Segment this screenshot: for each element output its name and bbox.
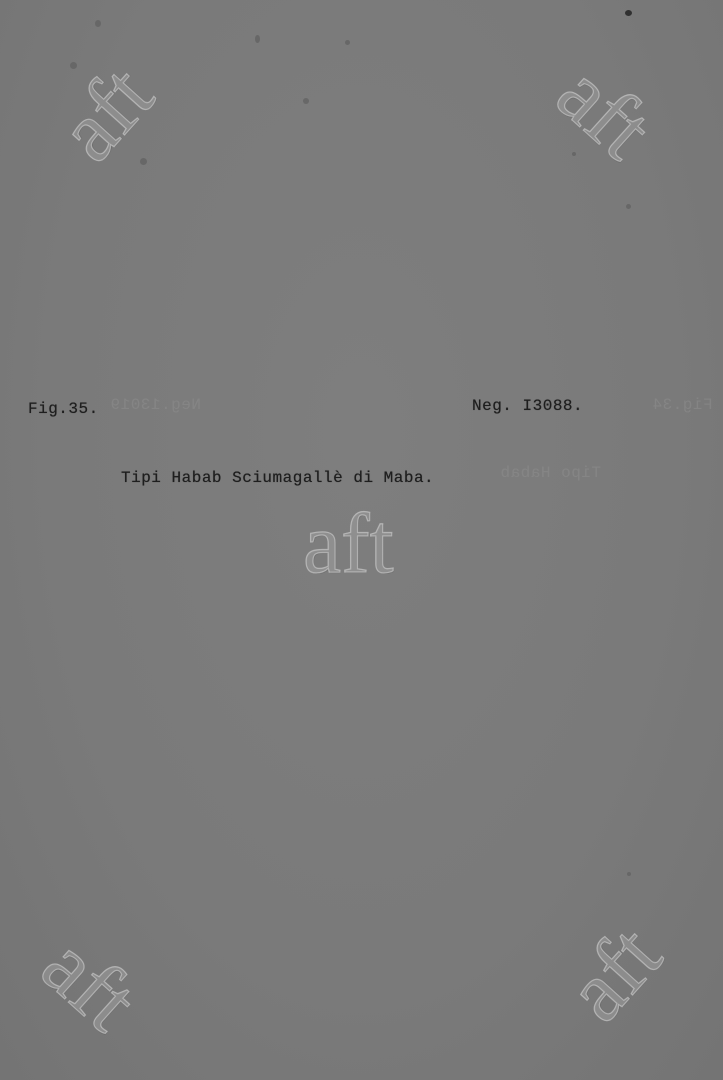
bleed-through-fig: Fig.34 [652,396,713,414]
dust-speck [345,40,350,45]
negative-number: Neg. I3088. [472,397,583,415]
bleed-through-neg: Neg.13019 [110,396,201,414]
watermark-top-right: aft [543,49,668,174]
dust-speck [626,204,631,209]
dust-speck [140,158,147,165]
watermark-bottom-right: aft [551,911,676,1036]
dust-speck [572,152,576,156]
dust-speck [70,62,77,69]
dust-speck [255,35,260,43]
watermark-bottom-left: aft [28,921,153,1046]
dust-speck [625,10,632,16]
dust-speck [627,872,631,876]
dust-speck [95,20,101,27]
bleed-through-caption: Tipo Habab [500,464,601,482]
caption: Tipi Habab Sciumagallè di Maba. [121,469,434,487]
dust-speck [303,98,309,104]
watermark-top-left: aft [43,51,168,176]
watermark-center: aft [303,500,394,586]
figure-label: Fig.35. [28,400,99,418]
scanned-page: Neg.13019 Fig.34 Tipo Habab Fig.35. Neg.… [0,0,723,1080]
